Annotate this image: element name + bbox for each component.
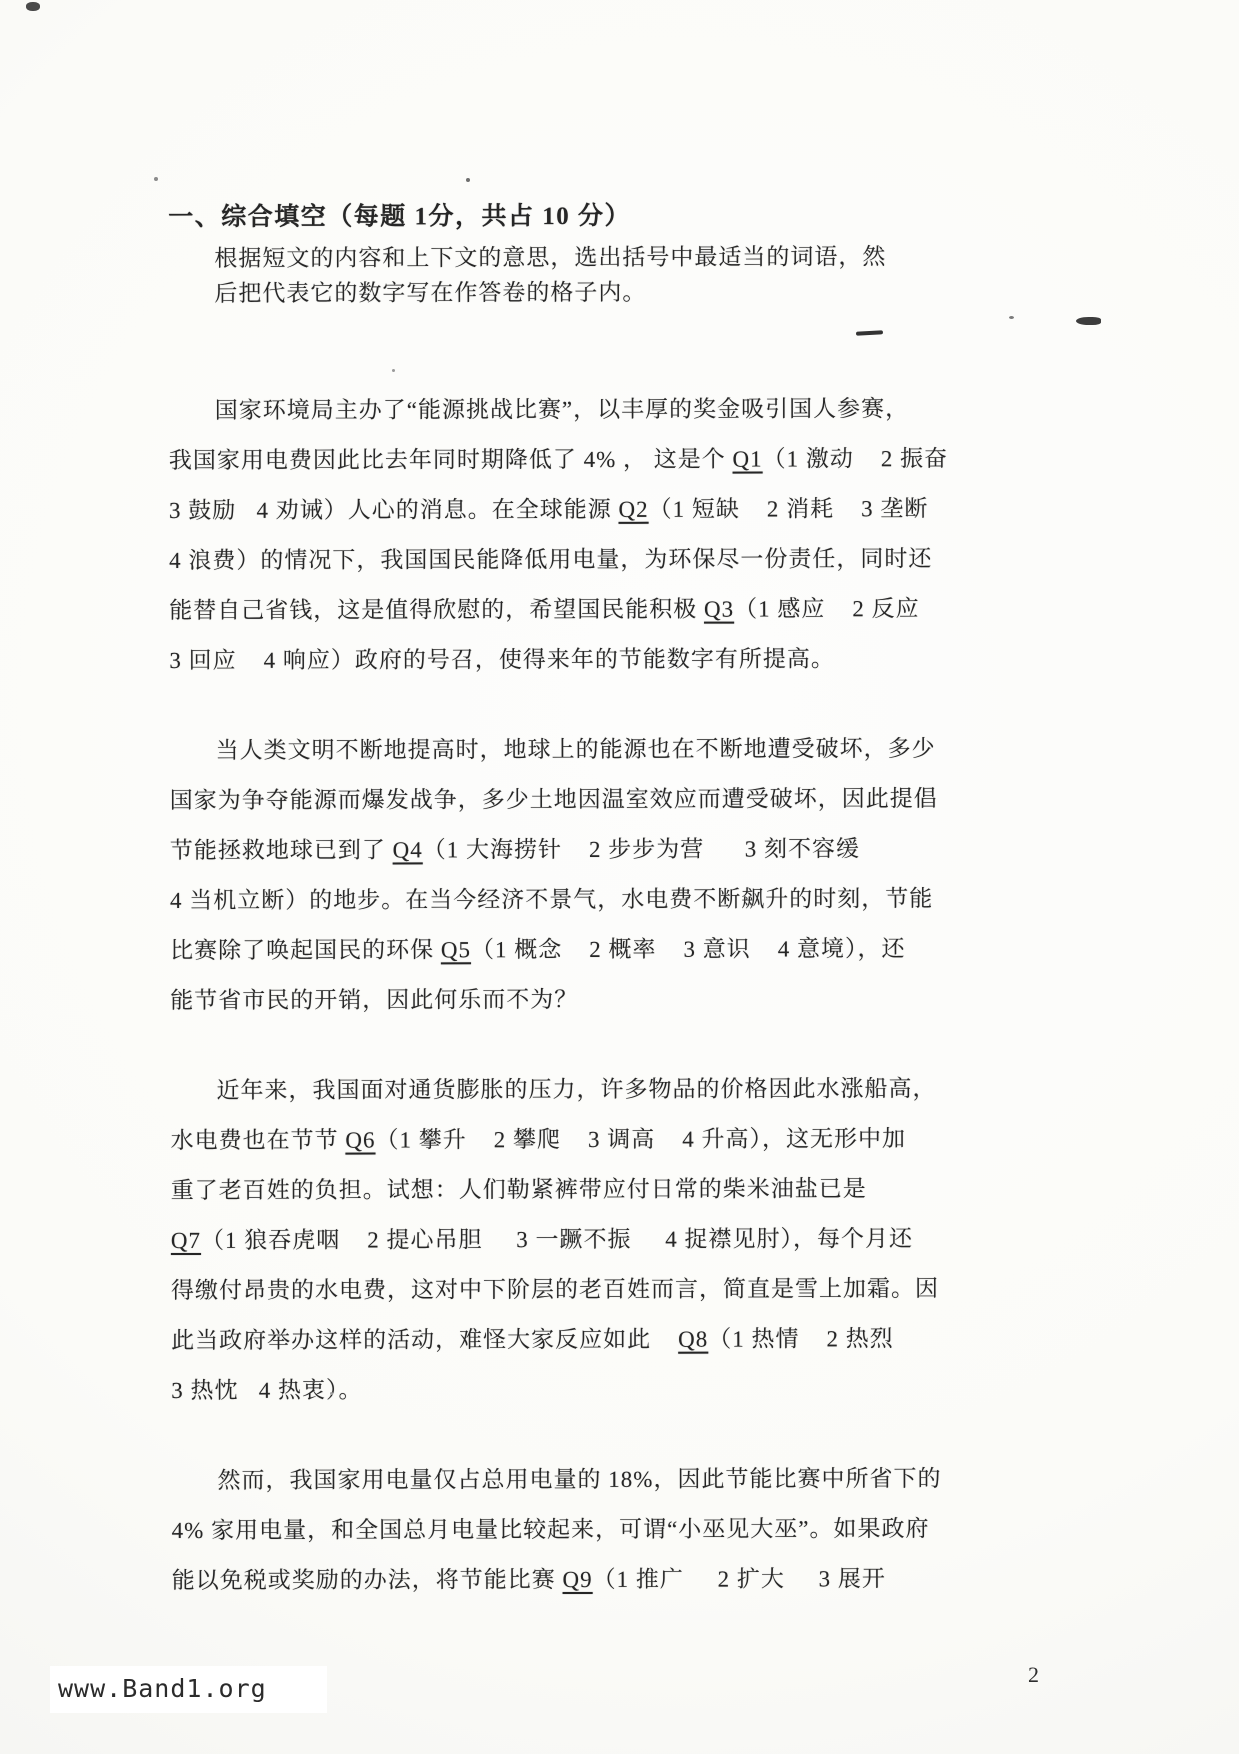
question-label: Q8: [678, 1327, 708, 1352]
text-line: 重了老百姓的负担。试想：人们勒紧裤带应付日常的柴米油盐已是: [171, 1164, 981, 1216]
question-label: Q4: [393, 837, 423, 862]
text-line: 节能拯救地球已到了 Q4（1 大海捞针 2 步步为营 3 刻不容缓: [170, 824, 980, 876]
text-line: 近年来，我国面对通货膨胀的压力，许多物品的价格因此水涨船高，: [170, 1064, 980, 1116]
text-line: 能节省市民的开销，因此何乐而不为？: [170, 974, 980, 1026]
question-label: Q1: [732, 447, 762, 472]
text-line: 我国家用电费因此比去年同时期降低了 4% ， 这是个 Q1（1 激动 2 振奋: [169, 434, 979, 486]
scan-artifact-smudge: [1076, 317, 1101, 325]
paragraph: 近年来，我国面对通货膨胀的压力，许多物品的价格因此水涨船高，水电费也在节节 Q6…: [170, 1064, 981, 1416]
text-line: 4 浪费）的情况下，我国国民能降低用电量，为环保尽一份责任，同时还: [169, 534, 979, 586]
question-label: Q9: [562, 1567, 592, 1592]
section-instructions: 根据短文的内容和上下文的意思，选出括号中最适当的词语，然 后把代表它的数字写在作…: [214, 239, 978, 311]
text-line: 得缴付昂贵的水电费，这对中下阶层的老百姓而言，简直是雪上加霜。因: [171, 1264, 981, 1316]
scan-artifact-dot: [154, 177, 158, 181]
passage-paragraphs: 国家环境局主办了“能源挑战比赛”，以丰厚的奖金吸引国人参赛，我国家用电费因此比去…: [169, 384, 982, 1606]
scan-artifact-dot: [392, 369, 395, 372]
text-line: 水电费也在节节 Q6（1 攀升 2 攀爬 3 调高 4 升高），这无形中加: [171, 1114, 981, 1166]
scan-artifact-dot: [330, 1392, 333, 1395]
paragraph: 然而，我国家用电量仅占总用电量的 18%，因此节能比赛中所省下的4% 家用电量，…: [171, 1454, 981, 1606]
text-line: 比赛除了唤起国民的环保 Q5（1 概念 2 概率 3 意识 4 意境），还: [170, 924, 980, 976]
watermark-url: www.Band1.org: [50, 1666, 327, 1713]
instruction-line: 根据短文的内容和上下文的意思，选出括号中最适当的词语，然: [214, 239, 978, 276]
paragraph: 当人类文明不断地提高时，地球上的能源也在不断地遭受破坏，多少国家为争夺能源而爆发…: [170, 724, 981, 1026]
scan-artifact-corner-mark: [26, 2, 40, 11]
text-line: 国家为争夺能源而爆发战争，多少土地因温室效应而遭受破坏，因此提倡: [170, 774, 980, 826]
page-content: 一、综合填空（每题 1分，共占 10 分） 根据短文的内容和上下文的意思，选出括…: [168, 199, 982, 1606]
text-line: 能以免税或奖励的办法，将节能比赛 Q9（1 推广 2 扩大 3 展开: [172, 1554, 982, 1606]
text-line: 3 鼓励 4 劝诫）人心的消息。在全球能源 Q2（1 短缺 2 消耗 3 垄断: [169, 484, 979, 536]
question-label: Q3: [704, 597, 734, 622]
text-line: 3 回应 4 响应）政府的号召，使得来年的节能数字有所提高。: [169, 634, 979, 686]
text-line: 当人类文明不断地提高时，地球上的能源也在不断地遭受破坏，多少: [170, 724, 980, 776]
question-label: Q6: [345, 1128, 375, 1153]
text-line: Q7（1 狼吞虎咽 2 提心吊胆 3 一蹶不振 4 捉襟见肘），每个月还: [171, 1214, 981, 1266]
instruction-line: 后把代表它的数字写在作答卷的格子内。: [214, 274, 978, 311]
text-line: 4 当机立断）的地步。在当今经济不景气，水电费不断飙升的时刻，节能: [170, 874, 980, 926]
question-label: Q2: [618, 497, 648, 522]
scanned-exam-page: 一、综合填空（每题 1分，共占 10 分） 根据短文的内容和上下文的意思，选出括…: [0, 0, 1239, 1754]
question-label: Q5: [441, 937, 471, 962]
scan-artifact-dot: [1009, 316, 1014, 319]
page-number: 2: [1028, 1662, 1039, 1688]
text-line: 4% 家用电量，和全国总月电量比较起来，可谓“小巫见大巫”。如果政府: [172, 1504, 982, 1556]
text-line: 3 热忱 4 热衷）。: [171, 1364, 981, 1416]
scan-artifact-dot: [466, 178, 470, 182]
section-heading: 一、综合填空（每题 1分，共占 10 分）: [168, 199, 978, 235]
text-line: 国家环境局主办了“能源挑战比赛”，以丰厚的奖金吸引国人参赛，: [169, 384, 979, 436]
text-line: 然而，我国家用电量仅占总用电量的 18%，因此节能比赛中所省下的: [171, 1454, 981, 1506]
question-label: Q7: [171, 1228, 201, 1253]
paragraph: 国家环境局主办了“能源挑战比赛”，以丰厚的奖金吸引国人参赛，我国家用电费因此比去…: [169, 384, 980, 686]
text-line: 能替自己省钱，这是值得欣慰的，希望国民能积极 Q3（1 感应 2 反应: [169, 584, 979, 636]
text-line: 此当政府举办这样的活动，难怪大家反应如此 Q8（1 热情 2 热烈: [171, 1314, 981, 1366]
